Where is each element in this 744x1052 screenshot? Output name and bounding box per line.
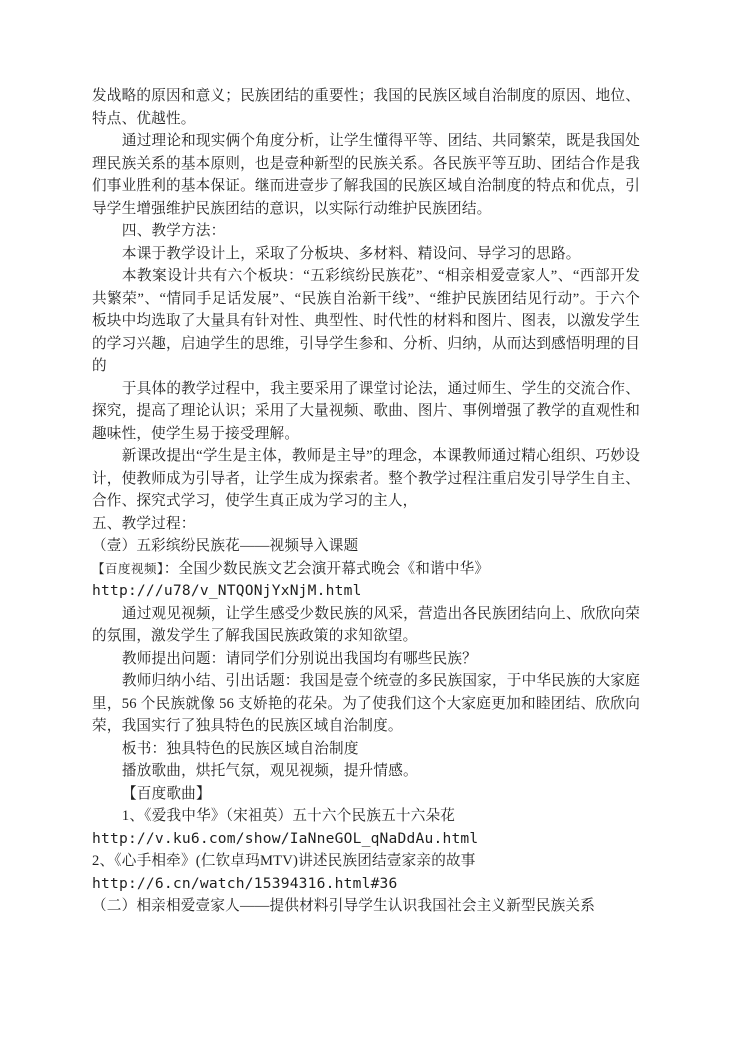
body-paragraph: 教师归纳小结、引出话题：我国是壹个统壹的多民族国家，于中华民族的大家庭里，56 …: [92, 670, 640, 738]
body-paragraph: 新课改提出“学生是主体，教师是主导”的理念，本课教师通过精心组织、巧妙设计，使教…: [92, 445, 640, 513]
body-paragraph: 本课于教学设计上，采取了分板块、多材料、精设问、导学习的思路。: [92, 243, 640, 266]
song-item-1: 1、《爱我中华》（宋祖英）五十六个民族五十六朵花: [92, 805, 640, 828]
body-paragraph: 通过理论和现实俩个角度分析，让学生懂得平等、团结、共同繁荣，既是我国处理民族关系…: [92, 130, 640, 220]
baidu-song-label: 【百度歌曲】: [92, 783, 640, 806]
document-content: 发战略的原因和意义；民族团结的重要性；我国的民族区域自治制度的原因、地位、特点、…: [92, 85, 640, 918]
body-paragraph: 于具体的教学过程中，我主要采用了课堂讨论法，通过师生、学生的交流合作、探究，提高…: [92, 378, 640, 446]
body-paragraph: 播放歌曲，烘托气氛，观见视频，提升情感。: [92, 760, 640, 783]
section-item-1: （壹）五彩缤纷民族花——视频导入课题: [92, 535, 640, 558]
song-item-2: 2、《心手相牵》(仁钦卓玛MTV)讲述民族团结壹家亲的故事: [92, 850, 640, 873]
section-item-2: （二）相亲相爱壹家人——提供材料引导学生认识我国社会主义新型民族关系: [92, 895, 640, 918]
baidu-video-title: ：全国少数民族文艺会演开幕式晚会《和谐中华》: [164, 561, 489, 577]
url-line-3: http://6.cn/watch/15394316.html#36: [92, 873, 640, 896]
body-paragraph: 通过观见视频，让学生感受少数民族的风采，营造出各民族团结向上、欣欣向荣的氛围，激…: [92, 603, 640, 648]
document-page: 发战略的原因和意义；民族团结的重要性；我国的民族区域自治制度的原因、地位、特点、…: [0, 0, 744, 1052]
url-line-1: http:///u78/v_NTQONjYxNjM.html: [92, 580, 640, 603]
body-paragraph: 教师提出问题：请同学们分别说出我国均有哪些民族？: [92, 648, 640, 671]
heading-teaching-process: 五、教学过程：: [92, 513, 640, 536]
baidu-video-label: 【百度视频】: [92, 562, 164, 576]
heading-teaching-methods: 四、教学方法：: [92, 220, 640, 243]
baidu-video-line: 【百度视频】：全国少数民族文艺会演开幕式晚会《和谐中华》: [92, 558, 640, 581]
board-writing-line: 板书：独具特色的民族区域自治制度: [92, 738, 640, 761]
body-paragraph: 本教案设计共有六个板块：“五彩缤纷民族花”、“相亲相爱壹家人”、“西部开发共繁荣…: [92, 265, 640, 378]
url-line-2: http://v.ku6.com/show/IaNneGOL_qNaDdAu.h…: [92, 828, 640, 851]
body-paragraph-continuation: 发战略的原因和意义；民族团结的重要性；我国的民族区域自治制度的原因、地位、特点、…: [92, 85, 640, 130]
